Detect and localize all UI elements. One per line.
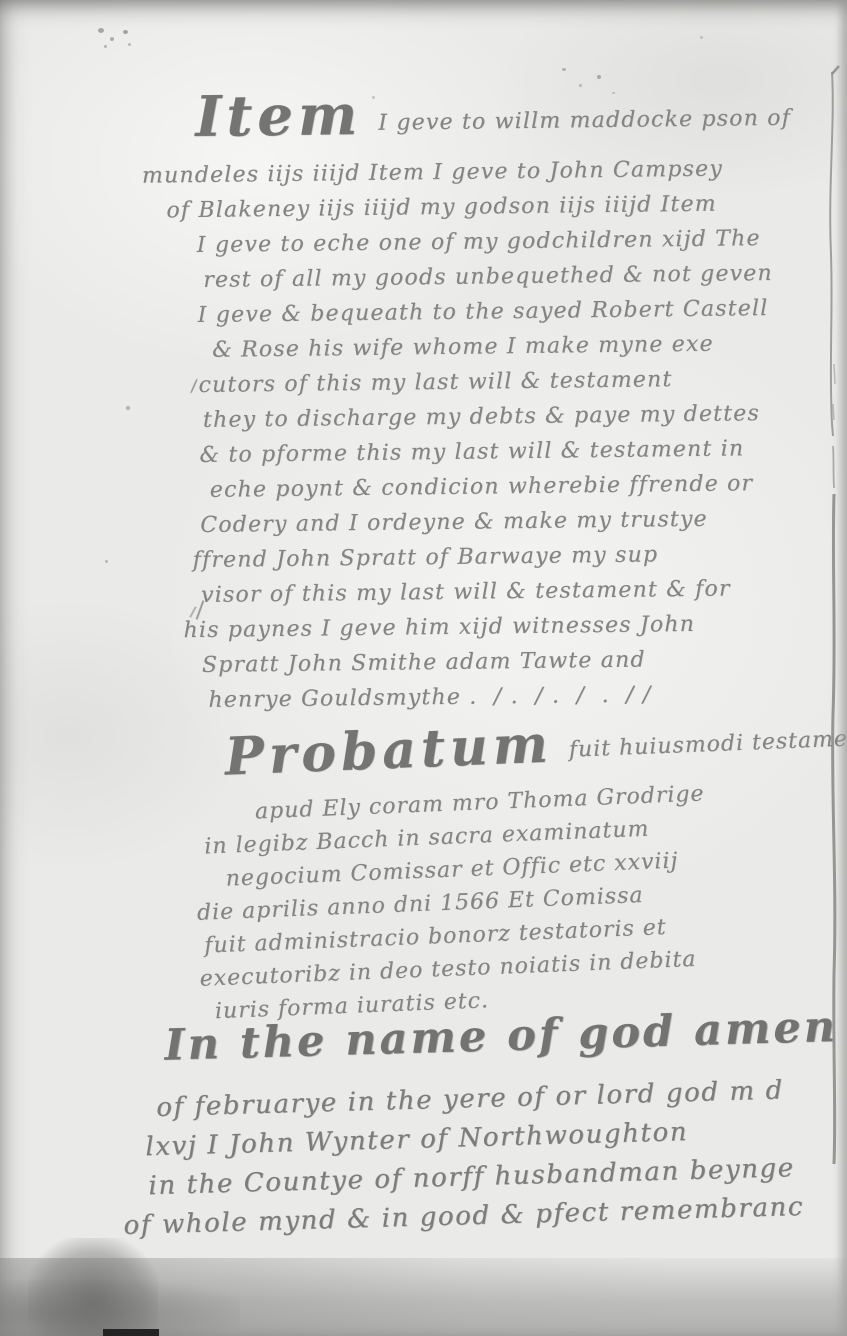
will-line: henrye Gouldsmythe . / . / . / . / / — [208, 676, 798, 718]
will-line-text: I geve to willm maddocke pson of — [378, 101, 791, 141]
next-will-opening-section: In the name of god amen the xxth daye of… — [118, 1002, 847, 1246]
margin-pen-mark — [190, 378, 198, 393]
ink-splatter-speck — [372, 96, 375, 99]
ink-splatter-speck — [562, 68, 566, 71]
will-line: eche poynt & condicion wherebie ffrende … — [210, 466, 796, 508]
foxing-speck — [128, 43, 131, 46]
ink-smudge-stain — [0, 1280, 240, 1336]
foxing-speck — [98, 28, 104, 33]
foxing-speck — [104, 45, 107, 48]
foxing-speck — [105, 560, 108, 563]
will-line: Codery and I ordeyne & make my trustye — [200, 501, 796, 543]
scan-edge-black-bar — [103, 1329, 159, 1336]
ink-splatter-speck — [612, 92, 615, 94]
probate-clause-section: Probatum fuit huiusmodi testamentum apud… — [190, 709, 847, 1029]
ink-splatter-speck — [579, 84, 582, 87]
foxing-speck — [126, 406, 130, 410]
manuscript-scan-page: Item I geve to willm maddocke pson of mu… — [0, 0, 847, 1336]
probate-line-text: fuit huiusmodi testamentum — [568, 720, 847, 767]
right-page-edge — [836, 0, 847, 1336]
foxing-speck — [700, 36, 703, 39]
will-bequests-section: Item I geve to willm maddocke pson of mu… — [195, 89, 798, 718]
decorated-initial-probatum: Probatum — [224, 727, 553, 773]
decorated-initial-item: Item — [195, 98, 362, 135]
foxing-speck — [123, 30, 128, 34]
will-line: visor of this my last will & testament &… — [201, 571, 797, 613]
ink-splatter-speck — [597, 75, 601, 79]
foxing-speck — [110, 37, 114, 41]
will-line: & Rose his wife whome I make myne exe — [212, 326, 794, 368]
will-line: Item I geve to willm maddocke pson of — [195, 89, 791, 158]
